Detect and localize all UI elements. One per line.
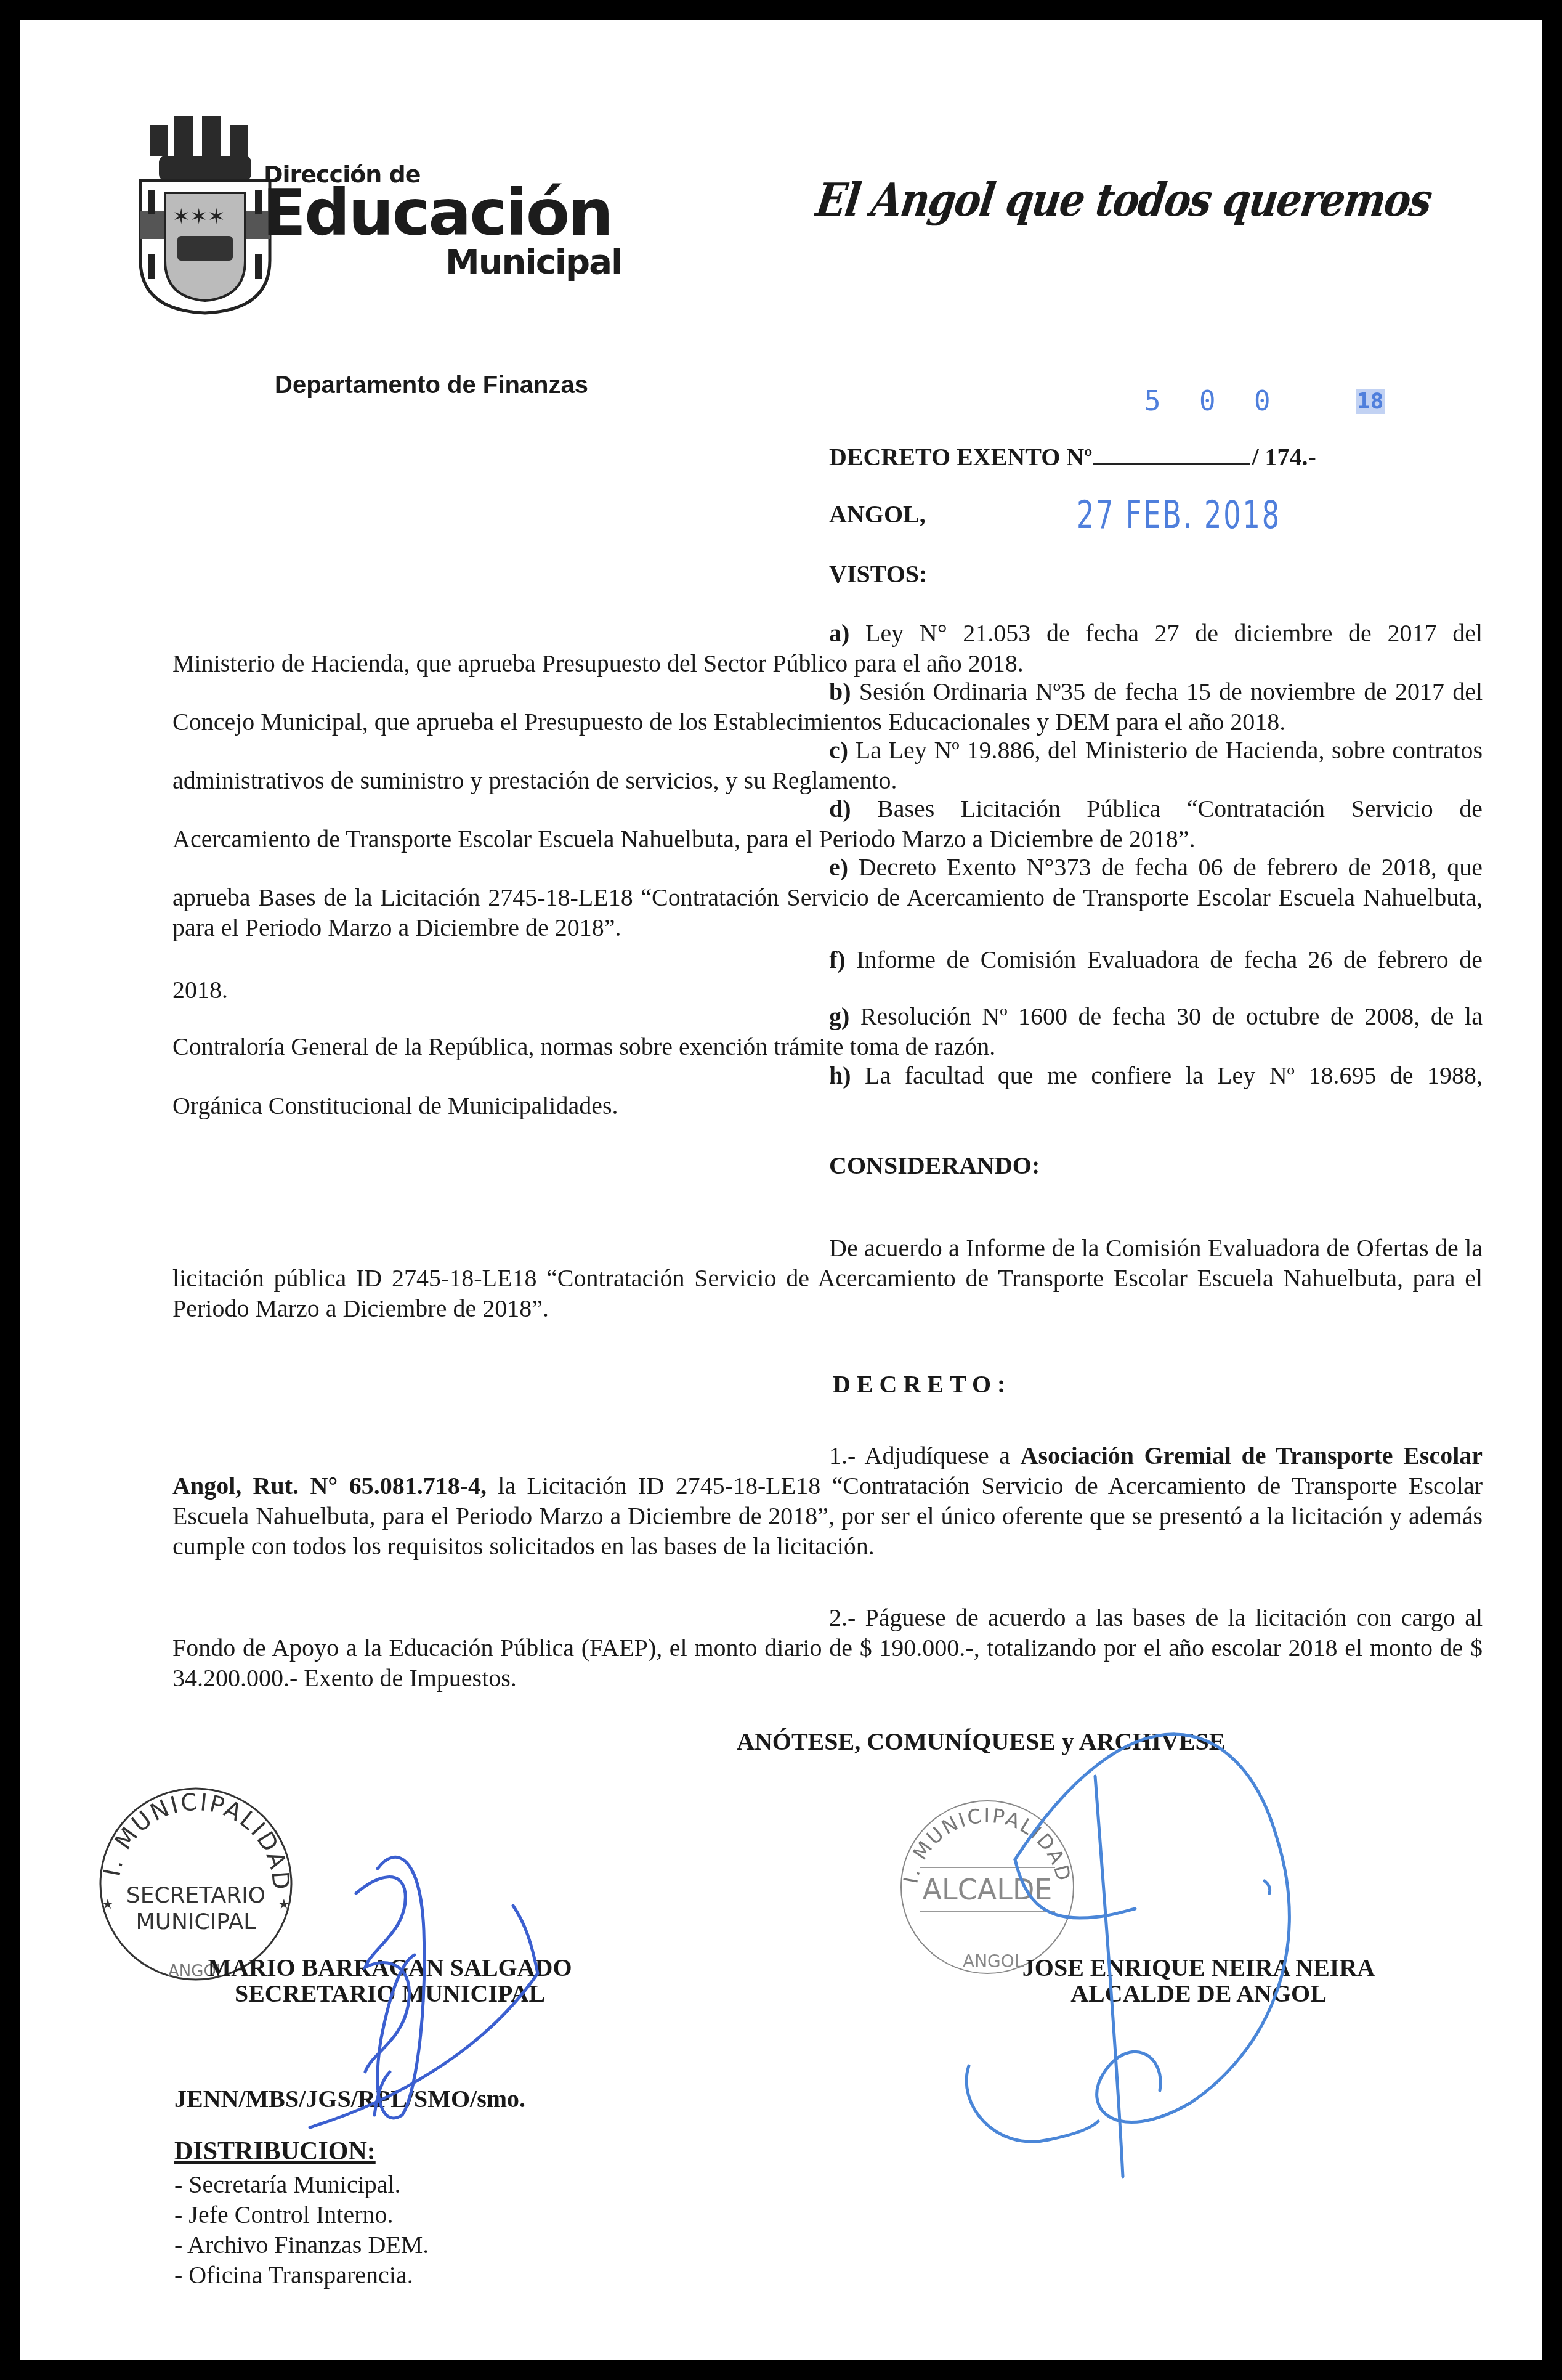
decree-number-stamp: 5 0 0 bbox=[1144, 386, 1281, 417]
decreto-item-2: 2.- Páguese de acuerdo a las bases de la… bbox=[172, 1602, 1483, 1693]
vistos-item-text: Resolución Nº 1600 de fecha 30 de octubr… bbox=[172, 1002, 1483, 1060]
distribution-list: - Secretaría Municipal. - Jefe Control I… bbox=[174, 2169, 429, 2290]
vistos-item-letter: a) bbox=[829, 619, 849, 647]
vistos-item-text: Ley N° 21.053 de fecha 27 de diciembre d… bbox=[172, 619, 1483, 677]
vistos-item-letter: f) bbox=[829, 946, 846, 973]
vistos-item: h) La facultad que me confiere la Ley Nº… bbox=[172, 1060, 1483, 1121]
decreto-item-1: 1.- Adjudíquese a Asociación Gremial de … bbox=[172, 1440, 1483, 1561]
svg-text:ALCALDE: ALCALDE bbox=[923, 1873, 1053, 1906]
vistos-heading: VISTOS: bbox=[829, 559, 927, 588]
secretary-title: SECRETARIO MUNICIPAL bbox=[174, 1981, 605, 2007]
distribution-item: - Jefe Control Interno. bbox=[174, 2199, 429, 2230]
svg-text:✶✶✶: ✶✶✶ bbox=[172, 206, 225, 229]
vistos-item-text: Decreto Exento N°373 de fecha 06 de febr… bbox=[172, 853, 1483, 941]
svg-text:SECRETARIO: SECRETARIO bbox=[126, 1883, 265, 1908]
decree-suffix: / 174.- bbox=[1252, 443, 1316, 471]
vistos-item: e) Decreto Exento N°373 de fecha 06 de f… bbox=[172, 852, 1483, 943]
vistos-item-letter: d) bbox=[829, 795, 851, 822]
vistos-item: b) Sesión Ordinaria Nº35 de fecha 15 de … bbox=[172, 676, 1483, 737]
handwritten-signatures bbox=[20, 20, 1542, 2360]
vistos-item-text: Informe de Comisión Evaluadora de fecha … bbox=[172, 946, 1483, 1004]
secretary-signature-block: MARIO BARRAGAN SALGADO SECRETARIO MUNICI… bbox=[174, 1955, 605, 2007]
svg-text:I. MUNICIPALIDAD: I. MUNICIPALIDAD bbox=[98, 1788, 294, 1892]
secretary-name: MARIO BARRAGAN SALGADO bbox=[174, 1955, 605, 1981]
date-stamp: 27 FEB. 2018 bbox=[1077, 492, 1281, 537]
vistos-item-letter: b) bbox=[829, 678, 851, 705]
decreto-heading: DECRETO: bbox=[833, 1370, 1011, 1399]
department-name: Departamento de Finanzas bbox=[275, 372, 588, 399]
svg-text:MUNICIPAL: MUNICIPAL bbox=[136, 1909, 256, 1935]
vistos-item-text: La Ley Nº 19.886, del Ministerio de Haci… bbox=[172, 736, 1483, 794]
distribution-heading: DISTRIBUCION: bbox=[174, 2137, 376, 2166]
vistos-item-letter: e) bbox=[829, 853, 848, 881]
decree-label: DECRETO EXENTO Nº bbox=[829, 443, 1092, 471]
letterhead-title: Educación bbox=[262, 181, 612, 245]
mayor-signature-block: JOSE ENRIQUE NEIRA NEIRA ALCALDE DE ANGO… bbox=[983, 1955, 1414, 2007]
motto: El Angol que todos queremos bbox=[813, 174, 1435, 227]
year-stamp: 18 bbox=[1356, 389, 1385, 414]
svg-text:★: ★ bbox=[102, 1896, 114, 1912]
vistos-item: g) Resolución Nº 1600 de fecha 30 de oct… bbox=[172, 1001, 1483, 1062]
vistos-item: d) Bases Licitación Pública “Contratació… bbox=[172, 794, 1483, 854]
mayor-title: ALCALDE DE ANGOL bbox=[983, 1981, 1414, 2007]
vistos-item: f) Informe de Comisión Evaluadora de fec… bbox=[172, 944, 1483, 1005]
vistos-item-text: La facultad que me confiere la Ley Nº 18… bbox=[172, 1062, 1483, 1119]
closing-formula: ANÓTESE, COMUNÍQUESE y ARCHIVESE bbox=[737, 1727, 1226, 1756]
distribution-item: - Oficina Transparencia. bbox=[174, 2260, 429, 2290]
distribution-item: - Archivo Finanzas DEM. bbox=[174, 2230, 429, 2260]
document-page: ✶✶✶ Dirección de Educación Municipal El … bbox=[20, 20, 1542, 2360]
considerando-heading: CONSIDERANDO: bbox=[829, 1151, 1040, 1180]
vistos-item-text: Sesión Ordinaria Nº35 de fecha 15 de nov… bbox=[172, 678, 1483, 736]
letterhead-line3: Municipal bbox=[445, 242, 621, 282]
initials: JENN/MBS/JGS/RPL/SMO/smo. bbox=[174, 2084, 525, 2113]
distribution-item: - Secretaría Municipal. bbox=[174, 2169, 429, 2199]
mayor-seal: I. MUNICIPALIDAD ALCALDE ANGOL bbox=[895, 1795, 1080, 1980]
decree-number-blank bbox=[1093, 442, 1250, 465]
decree-number-line: DECRETO EXENTO Nº/ 174.- bbox=[829, 442, 1316, 471]
city-label: ANGOL, bbox=[829, 500, 926, 529]
vistos-item-letter: g) bbox=[829, 1002, 849, 1030]
svg-text:★: ★ bbox=[278, 1896, 290, 1912]
vistos-item: c) La Ley Nº 19.886, del Ministerio de H… bbox=[172, 735, 1483, 795]
vistos-item-letter: h) bbox=[829, 1062, 851, 1089]
vistos-item-letter: c) bbox=[829, 736, 848, 764]
coat-of-arms-icon: ✶✶✶ bbox=[134, 113, 276, 316]
considerando-text: De acuerdo a Informe de la Comisión Eval… bbox=[172, 1233, 1483, 1323]
mayor-name: JOSE ENRIQUE NEIRA NEIRA bbox=[983, 1955, 1414, 1981]
vistos-item: a) Ley N° 21.053 de fecha 27 de diciembr… bbox=[172, 618, 1483, 678]
vistos-item-text: Bases Licitación Pública “Contratación S… bbox=[172, 795, 1483, 853]
